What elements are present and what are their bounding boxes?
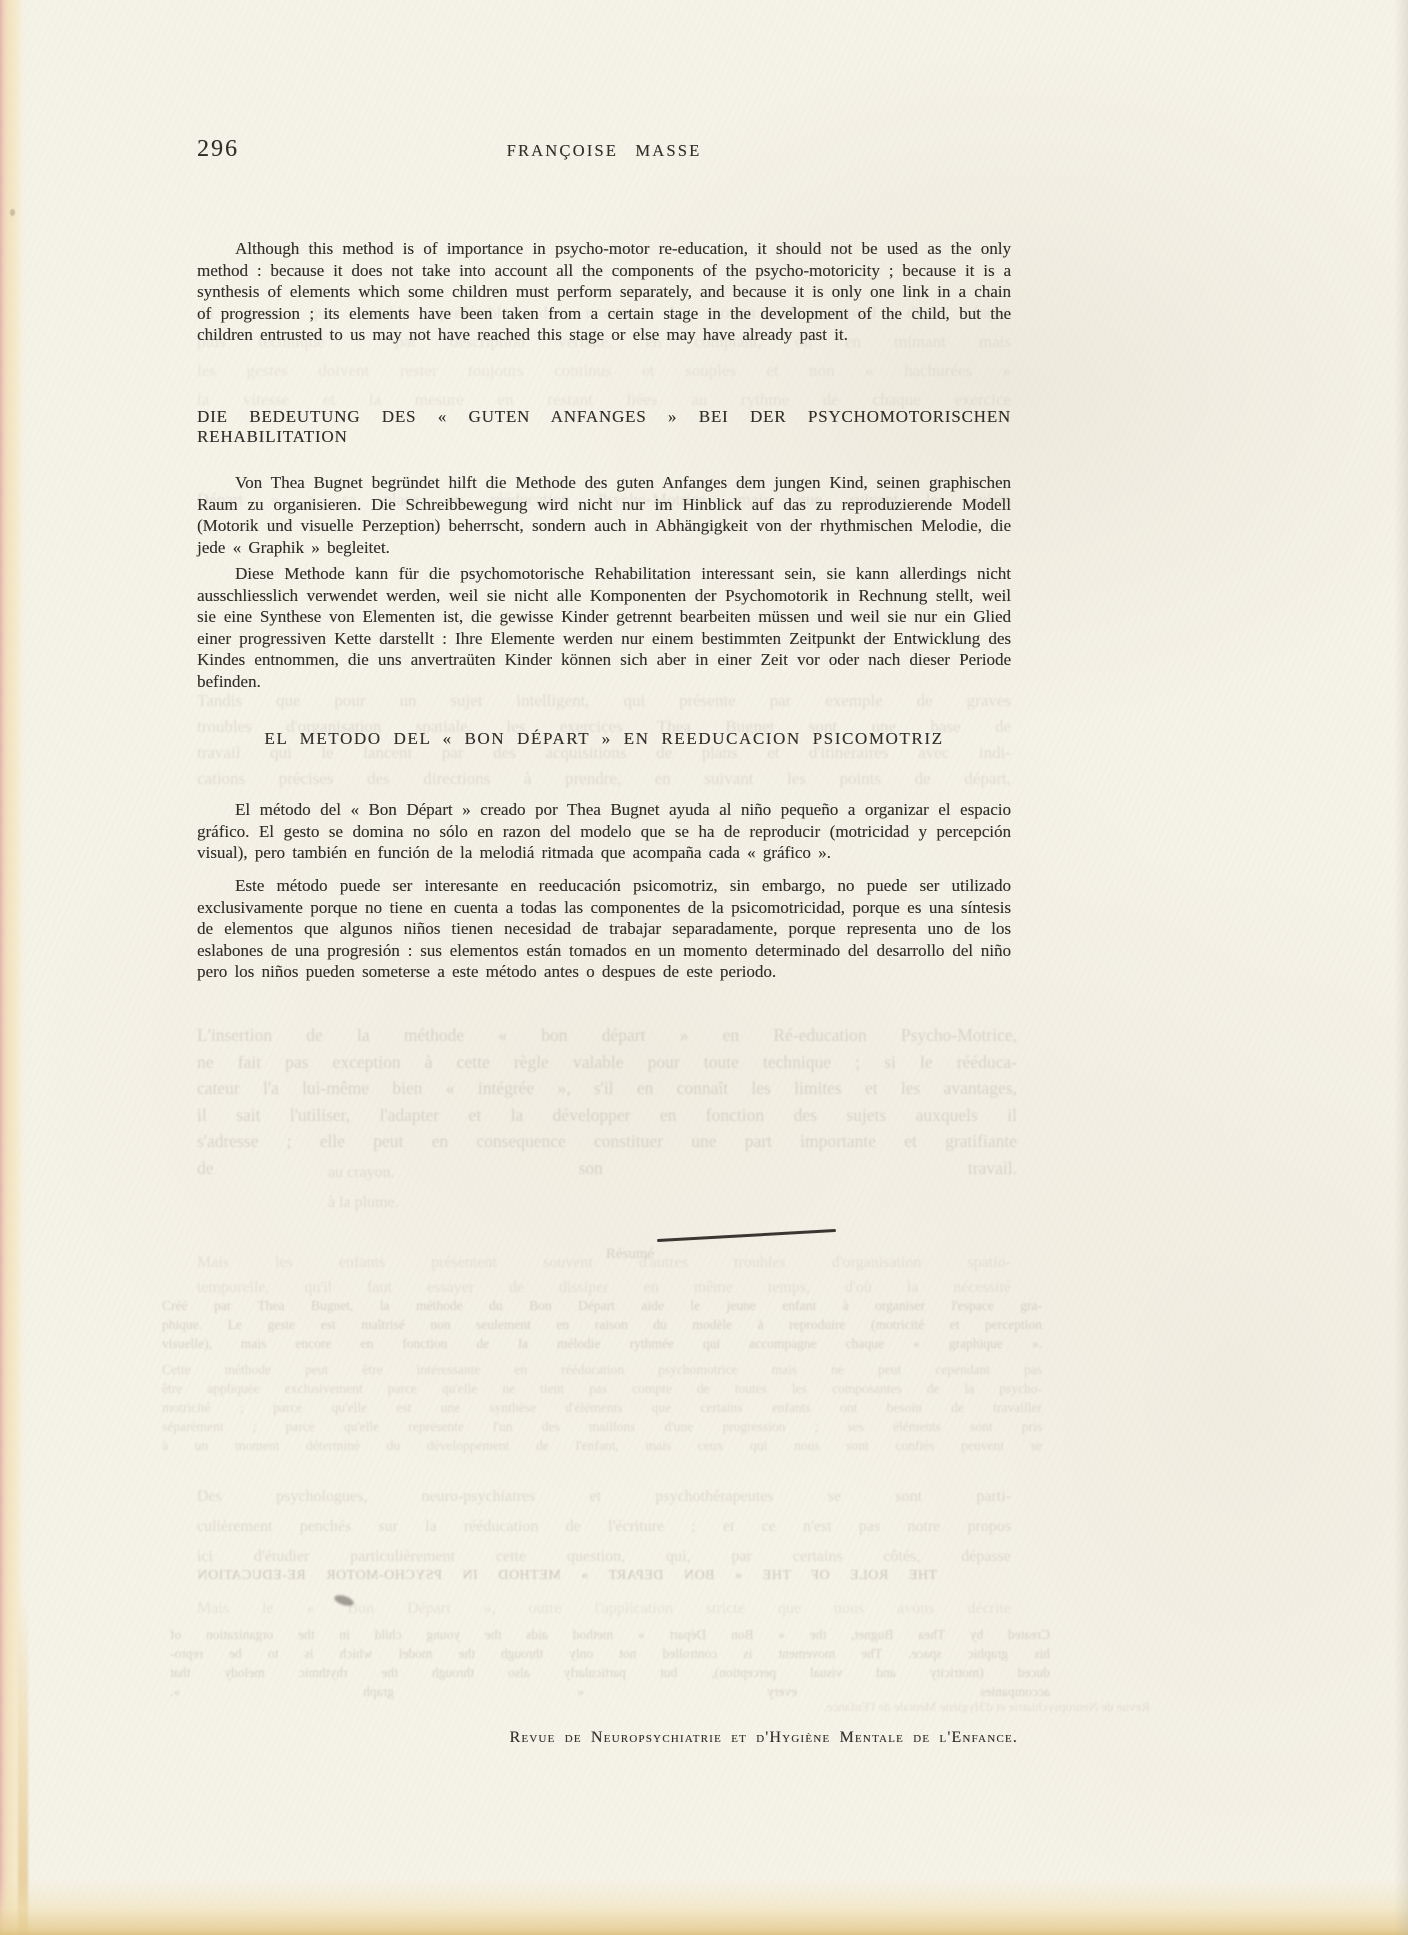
bleedthrough-block: Mais le « Bon Départ », outre l'applicat… bbox=[197, 1600, 1011, 1618]
spanish-abstract-paragraph-2: Este método puede ser interesante en ree… bbox=[197, 875, 1011, 983]
bleedthrough-block: Résumé bbox=[560, 1246, 700, 1263]
page-left-binding-edge bbox=[0, 0, 30, 1935]
bleedthrough-block: Mais les enfants présentent souvent d'au… bbox=[197, 1250, 1011, 1300]
spanish-abstract-paragraph-1: El método del « Bon Départ » creado por … bbox=[197, 799, 1011, 864]
bleedthrough-block-mirrored-title: THE ROLE OF THE « BON DEPART » METHOD IN… bbox=[197, 1568, 937, 1584]
german-abstract-paragraph-1: Von Thea Bugnet begründet hilft die Meth… bbox=[197, 472, 1011, 558]
page-bottom-edge bbox=[0, 1879, 1408, 1935]
bleedthrough-block: L'insertion de la méthode « bon départ »… bbox=[197, 1022, 1017, 1181]
running-head-author: FRANÇOISE MASSE bbox=[197, 141, 1011, 161]
scanned-journal-page: du geste qui semble préférable de montre… bbox=[0, 0, 1408, 1935]
ink-smudge bbox=[333, 1593, 355, 1608]
page-right-edge-shadow bbox=[1394, 0, 1408, 1935]
bleedthrough-block: Cette méthode peut être intéressante en … bbox=[162, 1360, 1042, 1455]
german-abstract-title: DIE BEDEUTUNG DES « GUTEN ANFANGES » BEI… bbox=[197, 407, 1011, 447]
bleedthrough-block: au crayon.à la plume. bbox=[328, 1158, 628, 1218]
journal-footer: Revue de Neuropsychiatrie et d'Hygiène M… bbox=[197, 1729, 1018, 1747]
bleedthrough-block-mirrored: Revue de Neuropsychiatrie et d'Hygiène M… bbox=[690, 1699, 1150, 1715]
german-abstract-paragraph-2: Diese Methode kann für die psychomotoris… bbox=[197, 563, 1011, 692]
bleedthrough-block: Créé par Thea Bugnet, la méthode du Bon … bbox=[162, 1296, 1042, 1353]
bleedthrough-block: Des psychologues, neuro-psychiatres et p… bbox=[197, 1482, 1011, 1572]
bleedthrough-block-mirrored: Created by Thea Bugnet, the « Bon Départ… bbox=[170, 1625, 1050, 1701]
spanish-abstract-title: EL METODO DEL « BON DÉPART » EN REEDUCAC… bbox=[197, 729, 1011, 749]
page-left-edge-shadow bbox=[18, 1600, 28, 1935]
english-abstract-paragraph: Although this method is of importance in… bbox=[197, 238, 1011, 346]
paper-speck bbox=[10, 209, 15, 216]
section-divider-rule bbox=[657, 1229, 836, 1242]
